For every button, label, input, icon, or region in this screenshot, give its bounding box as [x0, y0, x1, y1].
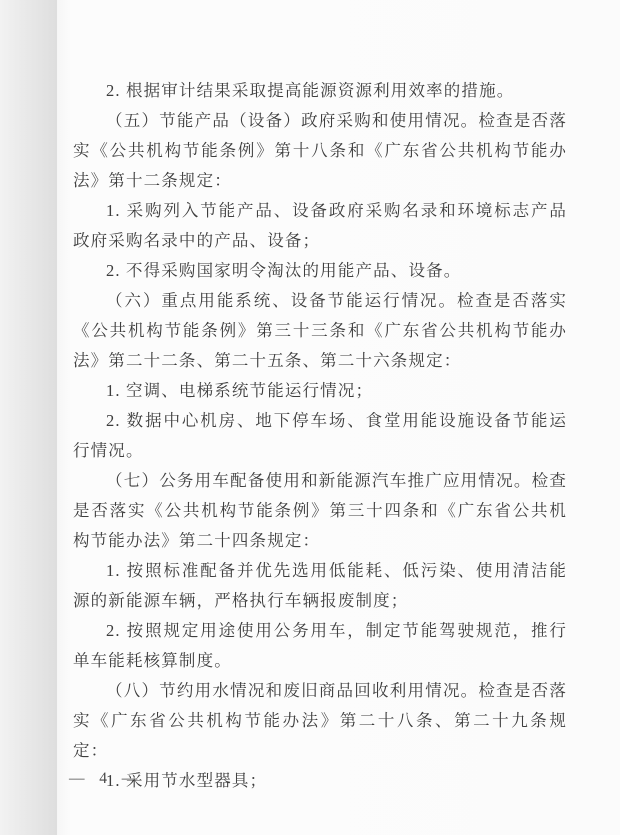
- para-section-8-heading: （八）节约用水情况和废旧商品回收利用情况。检查是否落实《广东省公共机构节能办法》…: [73, 676, 567, 766]
- para-section-5-item-2: 2. 不得采购国家明令淘汰的用能产品、设备。: [73, 256, 567, 286]
- binding-edge-shadow: [0, 0, 58, 835]
- document-body-text: 2. 根据审计结果采取提高能源资源利用效率的措施。 （五）节能产品（设备）政府采…: [73, 76, 567, 796]
- para-section-8-item-1: 1. 采用节水型器具；: [73, 766, 567, 796]
- page-number: — 4 —: [69, 770, 143, 788]
- para-section-6-item-1: 1. 空调、电梯系统节能运行情况；: [73, 376, 567, 406]
- document-content-area: 2. 根据审计结果采取提高能源资源利用效率的措施。 （五）节能产品（设备）政府采…: [57, 0, 620, 835]
- para-item-audit-measures: 2. 根据审计结果采取提高能源资源利用效率的措施。: [73, 76, 567, 106]
- para-section-7-item-1: 1. 按照标准配备并优先选用低能耗、低污染、使用清洁能源的新能源车辆，严格执行车…: [73, 556, 567, 616]
- para-section-7-item-2: 2. 按照规定用途使用公务用车，制定节能驾驶规范，推行单车能耗核算制度。: [73, 616, 567, 676]
- para-section-7-heading: （七）公务用车配备使用和新能源汽车推广应用情况。检查是否落实《公共机构节能条例》…: [73, 466, 567, 556]
- para-section-6-item-2: 2. 数据中心机房、地下停车场、食堂用能设施设备节能运行情况。: [73, 406, 567, 466]
- scanned-document-page: 2. 根据审计结果采取提高能源资源利用效率的措施。 （五）节能产品（设备）政府采…: [0, 0, 620, 835]
- para-section-6-heading: （六）重点用能系统、设备节能运行情况。检查是否落实《公共机构节能条例》第三十三条…: [73, 286, 567, 376]
- para-section-5-heading: （五）节能产品（设备）政府采购和使用情况。检查是否落实《公共机构节能条例》第十八…: [73, 106, 567, 196]
- para-section-5-item-1: 1. 采购列入节能产品、设备政府采购名录和环境标志产品政府采购名录中的产品、设备…: [73, 196, 567, 256]
